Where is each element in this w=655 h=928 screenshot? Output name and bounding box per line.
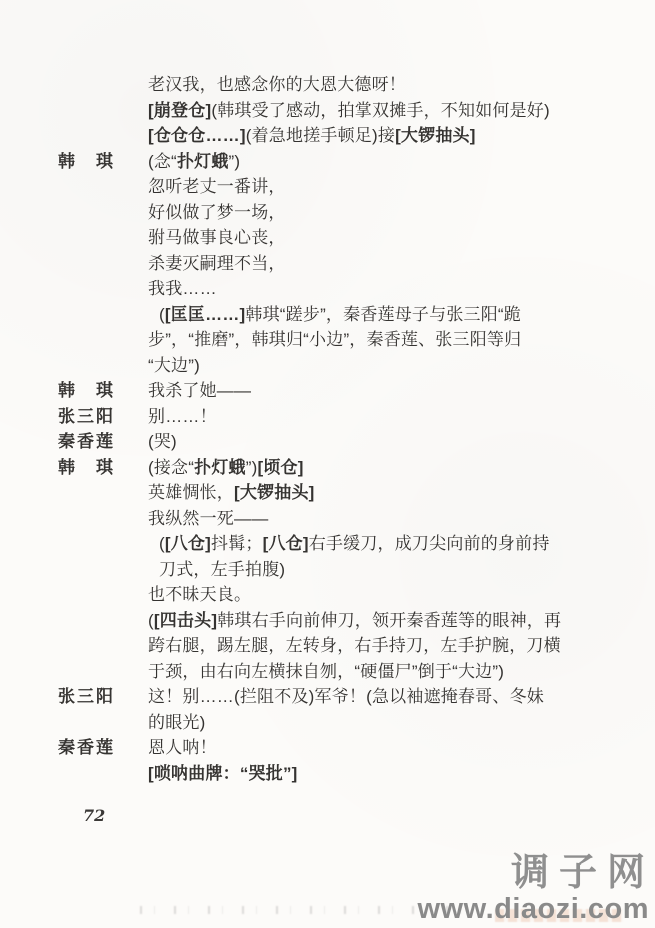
script-line: 秦香莲(哭) bbox=[58, 429, 625, 455]
watermark-site-url: www.diaozi.com bbox=[417, 894, 649, 924]
script-line: 韩 琪(接念“扑灯蛾”)[顷仓] bbox=[58, 455, 625, 481]
script-line-text: [崩登仓](韩琪受了感动，拍掌双摊手，不知如何是好) bbox=[148, 98, 625, 124]
script-line: 的眼光) bbox=[58, 710, 625, 736]
dialogue-text: 的眼光) bbox=[148, 713, 205, 732]
dialogue-text: 韩琪右手向前伸刀，领开秦香莲等的眼神，再 bbox=[217, 611, 561, 630]
script-text-block: 老汉我，也感念你的大恩大德呀！[崩登仓](韩琪受了感动，拍掌双摊手，不知如何是好… bbox=[58, 72, 625, 786]
dialogue-text: 这！别……(拦阻不及)军爷！(急以袖遮掩春哥、冬妹 bbox=[148, 687, 544, 706]
script-line: 好似做了梦一场， bbox=[58, 200, 625, 226]
script-line-text: 好似做了梦一场， bbox=[148, 200, 625, 226]
speaker-name: 韩 琪 bbox=[58, 149, 148, 175]
dialogue-text: (接念“ bbox=[148, 458, 194, 477]
speaker-name: 韩 琪 bbox=[58, 378, 148, 404]
dialogue-text: 别……！ bbox=[148, 407, 217, 426]
script-line-text: ([四击头]韩琪右手向前伸刀，领开秦香莲等的眼神，再 bbox=[148, 608, 625, 634]
script-line-text: (念“扑灯蛾”) bbox=[148, 149, 625, 175]
script-line: 跨右腿，踢左腿，左转身，右手持刀，左手护腕，刀横 bbox=[58, 633, 625, 659]
script-line-text: 于颈，由右向左横抹自刎，“硬僵尸”倒于“大边”) bbox=[148, 659, 625, 685]
script-line-text: 恩人呐！ bbox=[148, 735, 625, 761]
script-line-text: 别……！ bbox=[148, 404, 625, 430]
speaker-name: 秦香莲 bbox=[58, 429, 148, 455]
script-line-text: 忽听老丈一番讲， bbox=[148, 174, 625, 200]
percussion-notation: [大锣抽头] bbox=[234, 483, 315, 502]
dialogue-text: 抖髯； bbox=[211, 534, 263, 553]
dialogue-text: 驸马做事良心丧， bbox=[148, 228, 286, 247]
script-line: 于颈，由右向左横抹自刎，“硬僵尸”倒于“大边”) bbox=[58, 659, 625, 685]
script-line: [唢呐曲牌：“哭批”] bbox=[58, 761, 625, 787]
watermark-site-name: 调子网 bbox=[417, 854, 655, 894]
percussion-notation: [大锣抽头] bbox=[395, 126, 476, 145]
script-line-text: 我我…… bbox=[148, 276, 625, 302]
dialogue-text: 老汉我，也感念你的大恩大德呀！ bbox=[148, 75, 406, 94]
percussion-notation: [匡匡……] bbox=[165, 305, 246, 324]
speaker-name: 秦香莲 bbox=[58, 735, 148, 761]
script-line: 驸马做事良心丧， bbox=[58, 225, 625, 251]
script-line: 张三阳这！别……(拦阻不及)军爷！(急以袖遮掩春哥、冬妹 bbox=[58, 684, 625, 710]
script-line-text: 驸马做事良心丧， bbox=[148, 225, 625, 251]
script-line: 杀妻灭嗣理不当， bbox=[58, 251, 625, 277]
dialogue-text: 忽听老丈一番讲， bbox=[148, 177, 286, 196]
speaker-name: 韩 琪 bbox=[58, 455, 148, 481]
watermark: 调子网 www.diaozi.com bbox=[417, 854, 649, 924]
dialogue-text: 恩人呐！ bbox=[148, 738, 217, 757]
dialogue-text: ”) bbox=[229, 152, 241, 171]
script-line: 韩 琪(念“扑灯蛾”) bbox=[58, 149, 625, 175]
percussion-notation: [崩登仓] bbox=[148, 101, 211, 120]
script-line: 忽听老丈一番讲， bbox=[58, 174, 625, 200]
dialogue-text: (着急地搓手顿足)接 bbox=[246, 126, 395, 145]
dialogue-text: (念“ bbox=[148, 152, 177, 171]
script-line-text: “大边”) bbox=[148, 353, 625, 379]
dialogue-text: 刀式，左手拍腹) bbox=[159, 560, 285, 579]
speaker-name: 张三阳 bbox=[58, 684, 148, 710]
script-line: 英雄惆怅，[大锣抽头] bbox=[58, 480, 625, 506]
script-line-text: (接念“扑灯蛾”)[顷仓] bbox=[148, 455, 625, 481]
script-line: ([八仓]抖髯；[八仓]右手缓刀，成刀尖向前的身前持 bbox=[58, 531, 625, 557]
dialogue-text: ”) bbox=[246, 458, 258, 477]
percussion-notation: [顷仓] bbox=[257, 458, 303, 477]
script-line: 步”，“推磨”，韩琪归“小边”，秦香莲、张三阳等归 bbox=[58, 327, 625, 353]
script-line-text: 英雄惆怅，[大锣抽头] bbox=[148, 480, 625, 506]
script-line-text: 也不昧天良。 bbox=[148, 582, 625, 608]
script-line-text: 我杀了她—— bbox=[148, 378, 625, 404]
script-line: 刀式，左手拍腹) bbox=[58, 557, 625, 583]
scanned-script-page: 老汉我，也感念你的大恩大德呀！[崩登仓](韩琪受了感动，拍掌双摊手，不知如何是好… bbox=[0, 0, 655, 928]
dialogue-text: 韩琪“蹉步”，秦香莲母子与张三阳“跪 bbox=[245, 305, 521, 324]
dialogue-text: 英雄惆怅， bbox=[148, 483, 234, 502]
script-line-text: 这！别……(拦阻不及)军爷！(急以袖遮掩春哥、冬妹 bbox=[148, 684, 625, 710]
script-line-text: 跨右腿，踢左腿，左转身，右手持刀，左手护腕，刀横 bbox=[148, 633, 625, 659]
dialogue-text: (哭) bbox=[148, 432, 177, 451]
script-line: [仓仓仓……](着急地搓手顿足)接[大锣抽头] bbox=[58, 123, 625, 149]
script-line-text: 的眼光) bbox=[148, 710, 625, 736]
script-line-text: 刀式，左手拍腹) bbox=[148, 557, 625, 583]
percussion-notation: 扑灯蛾 bbox=[194, 458, 246, 477]
dialogue-text: “大边”) bbox=[148, 356, 200, 375]
page-number: 72 bbox=[83, 806, 105, 825]
script-line-text: 杀妻灭嗣理不当， bbox=[148, 251, 625, 277]
dialogue-text: 杀妻灭嗣理不当， bbox=[148, 254, 286, 273]
script-line: 韩 琪我杀了她—— bbox=[58, 378, 625, 404]
script-line: [崩登仓](韩琪受了感动，拍掌双摊手，不知如何是好) bbox=[58, 98, 625, 124]
dialogue-text: 也不昧天良。 bbox=[148, 585, 251, 604]
script-line: “大边”) bbox=[58, 353, 625, 379]
percussion-notation: 扑灯蛾 bbox=[177, 152, 229, 171]
percussion-notation: [唢呐曲牌：“哭批”] bbox=[148, 764, 298, 783]
script-line-text: 我纵然一死—— bbox=[148, 506, 625, 532]
script-line: 也不昧天良。 bbox=[58, 582, 625, 608]
script-line-text: ([匡匡……]韩琪“蹉步”，秦香莲母子与张三阳“跪 bbox=[148, 302, 625, 328]
script-line-text: ([八仓]抖髯；[八仓]右手缓刀，成刀尖向前的身前持 bbox=[148, 531, 625, 557]
script-line-text: 老汉我，也感念你的大恩大德呀！ bbox=[148, 72, 625, 98]
script-line: ([四击头]韩琪右手向前伸刀，领开秦香莲等的眼神，再 bbox=[58, 608, 625, 634]
dialogue-text: 跨右腿，踢左腿，左转身，右手持刀，左手护腕，刀横 bbox=[148, 636, 561, 655]
script-line: 我纵然一死—— bbox=[58, 506, 625, 532]
script-line-text: [唢呐曲牌：“哭批”] bbox=[148, 761, 625, 787]
dialogue-text: 好似做了梦一场， bbox=[148, 203, 286, 222]
dialogue-text: 我杀了她—— bbox=[148, 381, 251, 400]
dialogue-text: 步”，“推磨”，韩琪归“小边”，秦香莲、张三阳等归 bbox=[148, 330, 521, 349]
dialogue-text: 于颈，由右向左横抹自刎，“硬僵尸”倒于“大边”) bbox=[148, 662, 504, 681]
percussion-notation: [四击头] bbox=[154, 611, 217, 630]
script-line: 张三阳别……！ bbox=[58, 404, 625, 430]
script-line: 我我…… bbox=[58, 276, 625, 302]
script-line: ([匡匡……]韩琪“蹉步”，秦香莲母子与张三阳“跪 bbox=[58, 302, 625, 328]
script-line-text: 步”，“推磨”，韩琪归“小边”，秦香莲、张三阳等归 bbox=[148, 327, 625, 353]
percussion-notation: [八仓] bbox=[165, 534, 211, 553]
percussion-notation: [仓仓仓……] bbox=[148, 126, 246, 145]
dialogue-text: 我我…… bbox=[148, 279, 217, 298]
dialogue-text: (韩琪受了感动，拍掌双摊手，不知如何是好) bbox=[211, 101, 550, 120]
dialogue-text: 我纵然一死—— bbox=[148, 509, 268, 528]
speaker-name: 张三阳 bbox=[58, 404, 148, 430]
script-line: 老汉我，也感念你的大恩大德呀！ bbox=[58, 72, 625, 98]
script-line: 秦香莲恩人呐！ bbox=[58, 735, 625, 761]
script-line-text: (哭) bbox=[148, 429, 625, 455]
percussion-notation: [八仓] bbox=[263, 534, 309, 553]
dialogue-text: 右手缓刀，成刀尖向前的身前持 bbox=[309, 534, 550, 553]
script-line-text: [仓仓仓……](着急地搓手顿足)接[大锣抽头] bbox=[148, 123, 625, 149]
